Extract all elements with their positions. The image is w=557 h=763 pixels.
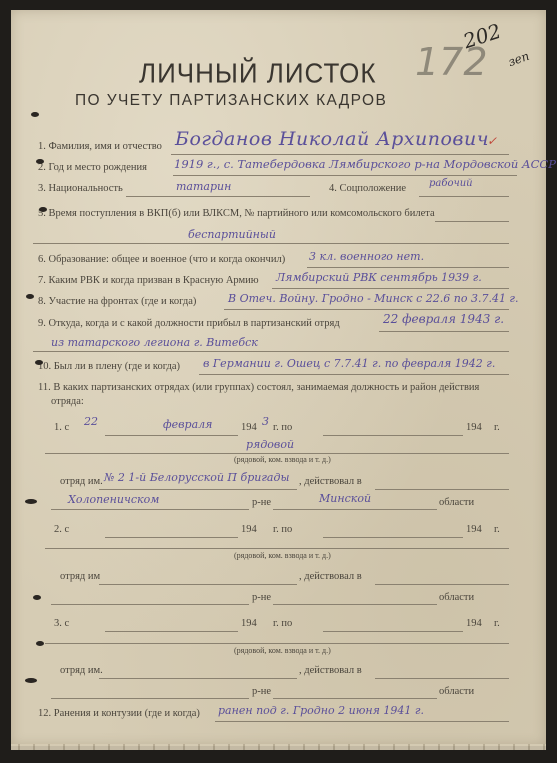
field-7-conscription: Лямбирский РВК сентябрь 1939 г.	[276, 271, 482, 284]
red-checkmark-icon: ✓	[487, 134, 497, 149]
field-4-social-status: рабочий	[429, 178, 473, 189]
entry-3-region-label: области	[439, 686, 474, 697]
entry-1-until-label: г. по	[273, 422, 292, 433]
entry-2-end-year-prefix: 194	[466, 524, 482, 535]
entry-1-acted-label: , действовал в	[299, 476, 362, 487]
entry-1-unit-name: № 2 1-й Белорусской П бригады	[104, 471, 289, 484]
field-10-captivity: в Германии г. Ошец с 7.7.41 г. по феврал…	[203, 357, 495, 370]
field-8-label: 8. Участие на фронтах (где и когда)	[38, 296, 196, 307]
entry-3-until-label: г. по	[273, 618, 292, 629]
punch-hole-mark	[25, 499, 37, 504]
entry-2-unit-label: отряд им	[60, 571, 100, 582]
field-12-label: 12. Ранения и контузии (где и когда)	[38, 708, 200, 719]
entry-2-region-label: области	[439, 592, 474, 603]
field-1-full-name: Богданов Николай Архипович	[175, 128, 489, 150]
entry-3-district-label: р-не	[252, 686, 271, 697]
field-3-nationality: татарин	[176, 180, 231, 193]
field-6-label: 6. Образование: общее и военное (что и к…	[38, 254, 285, 265]
field-9-arrival-date: 22 февраля 1943 г.	[383, 312, 504, 326]
entry-2-position-hint: (рядовой, ком. взвода и т. д.)	[234, 551, 331, 560]
punch-hole-mark	[36, 641, 44, 646]
entry-1-district-label: р-не	[252, 497, 271, 508]
entry-3-position-hint: (рядовой, ком. взвода и т. д.)	[234, 646, 331, 655]
field-6-education: 3 кл. военного нет.	[309, 250, 424, 263]
entry-1-end-unit: г.	[494, 422, 500, 433]
punch-hole-mark	[31, 112, 39, 117]
field-2-birth-info: 1919 г., с. Татебердовка Лямбирского р-н…	[174, 157, 556, 171]
entry-1-region: Минской	[319, 492, 371, 505]
field-3-label: 3. Национальность	[38, 183, 123, 194]
entry-2-until-label: г. по	[273, 524, 292, 535]
entry-3-acted-label: , действовал в	[299, 665, 362, 676]
entry-2-start-year-prefix: 194	[241, 524, 257, 535]
entry-1-number: 1. с	[54, 422, 69, 433]
entry-3-start-year-prefix: 194	[241, 618, 257, 629]
field-4-label: 4. Соцположение	[329, 183, 406, 194]
punch-hole-mark	[35, 360, 43, 365]
punch-hole-mark	[25, 678, 37, 683]
entry-1-start-year-suffix: 3	[262, 415, 269, 428]
punch-hole-mark	[33, 595, 41, 600]
entry-1-end-year-prefix: 194	[466, 422, 482, 433]
field-9-arrival-origin: из татарского легиона г. Витебск	[51, 336, 258, 349]
ink-archive-suffix: зеп	[506, 49, 531, 69]
entry-1-position: рядовой	[246, 438, 294, 451]
field-5-label: 5. Время поступления в ВКП(б) или ВЛКСМ,…	[38, 208, 435, 219]
punch-hole-mark	[36, 159, 44, 164]
entry-1-start-day: 22	[84, 415, 98, 428]
field-2-label: 2. Год и место рождения	[38, 162, 147, 173]
entry-3-end-unit: г.	[494, 618, 500, 629]
field-12-wounds: ранен под г. Гродно 2 июня 1941 г.	[218, 704, 424, 717]
entry-2-number: 2. с	[54, 524, 69, 535]
field-9-label: 9. Откуда, когда и с какой должности при…	[38, 318, 340, 329]
entry-2-district-label: р-не	[252, 592, 271, 603]
field-8-front-participation: В Отеч. Войну. Гродно - Минск с 22.6 по …	[228, 292, 519, 305]
entry-2-acted-label: , действовал в	[299, 571, 362, 582]
document-subtitle: ПО УЧЕТУ ПАРТИЗАНСКИХ КАДРОВ	[75, 92, 387, 110]
entry-3-unit-label: отряд им.	[60, 665, 103, 676]
entry-3-number: 3. с	[54, 618, 69, 629]
entry-1-start-month: февраля	[163, 418, 212, 431]
field-11-label: 11. В каких партизанских отрядах (или гр…	[38, 382, 479, 393]
entry-2-end-unit: г.	[494, 524, 500, 535]
entry-1-unit-label: отряд им.	[60, 476, 103, 487]
entry-1-region-label: области	[439, 497, 474, 508]
entry-1-district: Холопеничском	[68, 493, 159, 506]
entry-1-position-hint: (рядовой, ком. взвода и т. д.)	[234, 455, 331, 464]
entry-3-end-year-prefix: 194	[466, 618, 482, 629]
punch-hole-mark	[39, 207, 47, 212]
field-1-label: 1. Фамилия, имя и отчество	[38, 141, 162, 152]
punch-hole-mark	[26, 294, 34, 299]
field-11-label-cont: отряда:	[51, 396, 84, 407]
field-5-party-status: беспартийный	[188, 228, 276, 241]
field-7-label: 7. Каким РВК и когда призван в Красную А…	[38, 275, 259, 286]
ink-archive-number: 202	[460, 19, 504, 54]
entry-1-start-year-prefix: 194	[241, 422, 257, 433]
personal-record-sheet: 172 202 зеп ЛИЧНЫЙ ЛИСТОК ПО УЧЕТУ ПАРТИ…	[11, 10, 546, 746]
document-title: ЛИЧНЫЙ ЛИСТОК	[139, 57, 377, 90]
field-10-label: 10. Был ли в плену (где и когда)	[38, 361, 180, 372]
